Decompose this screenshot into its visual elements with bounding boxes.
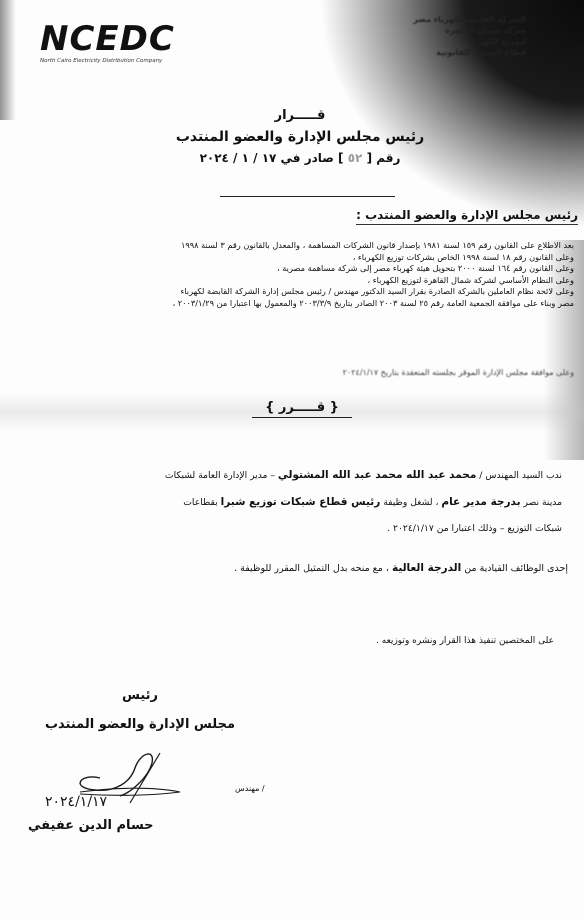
body-text: بقطاعات	[183, 497, 217, 508]
paragraph-grade: إحدى الوظائف القيادية من الدرجة العالية …	[234, 562, 568, 574]
preamble-line: بعد الاطلاع على القانون رقم ١٥٩ لسنة ١٩٨…	[14, 240, 574, 252]
letterhead-line: لتوزيع الكهرباء	[413, 36, 526, 47]
assigned-position: رئيس قطاع شبكات توزيع شبرا	[221, 496, 381, 508]
body-line-1: ندب السيد المهندس / محمد عبد الله محمد ع…	[22, 462, 562, 489]
preamble-line: وعلى القانون رقم ١٦٤ لسنة ٢٠٠٠ بتحويل هي…	[14, 263, 574, 275]
number-prefix: رقم [	[367, 151, 401, 165]
letterhead-line: الشركة القابضة لكهرباء مصر	[413, 14, 526, 25]
engineer-label: مهندس /	[235, 784, 265, 793]
decree-number: ٥٢	[348, 151, 363, 165]
signatory-title: رئيس	[30, 688, 250, 703]
employee-grade: بدرجة مدير عام	[441, 496, 520, 508]
decree-date: ١٧ / ١ / ٢٠٢٤	[200, 151, 277, 165]
letterhead-right: الشركة القابضة لكهرباء مصر شركة شمال الق…	[413, 14, 526, 58]
body-text: – مدير الإدارة العامة لشبكات	[165, 470, 275, 481]
title-issuer: رئيس مجلس الإدارة والعضو المنتدب	[150, 129, 450, 145]
company-logo: NCEDC North Cairo Electricity Distributi…	[40, 22, 175, 64]
preamble-line: وعلى القانون رقم ١٨ لسنة ١٩٩٨ الخاص بشرك…	[14, 252, 574, 264]
grade-level: الدرجة العالية	[392, 562, 461, 574]
body-text: ندب السيد المهندس /	[479, 470, 562, 481]
letterhead-line: قطاع الشئون القانونية	[413, 47, 526, 58]
decision-body: ندب السيد المهندس / محمد عبد الله محمد ع…	[22, 462, 562, 542]
number-suffix: ] صادر في	[281, 151, 344, 165]
body-line-2: مدينة نصر بدرجة مدير عام ، لشغل وظيفة رئ…	[22, 489, 562, 516]
title-number-date: رقم [ ٥٢ ] صادر في ١٧ / ١ / ٢٠٢٤	[150, 151, 450, 165]
logo-mark: NCEDC	[40, 22, 175, 56]
body-line-3: شبكات التوزيع – وذلك اعتبارا من ٢٠٢٤/١/١…	[22, 516, 562, 542]
decision-heading: { قـــــرر }	[252, 400, 352, 418]
employee-name: محمد عبد الله محمد عبد الله المشتولي	[278, 469, 476, 481]
signature-block: رئيس مجلس الإدارة والعضو المنتدب	[30, 688, 250, 732]
title-decree: قـــــرار	[150, 108, 450, 123]
preamble-line: وعلى لائحة نظام العاملين بالشركة الصادرة…	[14, 286, 574, 298]
signatory-name: حسام الدين عفيفي	[28, 818, 154, 833]
page-shadow-left	[0, 0, 16, 120]
preamble: بعد الاطلاع على القانون رقم ١٥٩ لسنة ١٩٨…	[14, 240, 574, 309]
signatory-title-2: مجلس الإدارة والعضو المنتدب	[30, 717, 250, 732]
approval-line: وعلى موافقة مجلس الإدارة الموقر بجلسته ا…	[343, 368, 574, 377]
body-text: ، مع منحه بدل التمثيل المقرر للوظيفة .	[234, 563, 389, 574]
handwritten-date: ٢٠٢٤/١/١٧	[45, 794, 107, 810]
title-underline	[220, 196, 395, 197]
letterhead-line: شركة شمال القاهرة	[413, 25, 526, 36]
logo-subtitle: North Cairo Electricity Distribution Com…	[40, 58, 175, 64]
body-text: ، لشغل وظيفة	[383, 497, 438, 508]
body-text: مدينة نصر	[523, 497, 562, 508]
body-text: إحدى الوظائف القيادية من	[464, 563, 568, 574]
document-page: NCEDC North Cairo Electricity Distributi…	[0, 0, 584, 920]
preamble-line: وعلى النظام الأساسي لشركة شمال القاهرة ل…	[14, 275, 574, 287]
board-heading: رئيس مجلس الإدارة والعضو المنتدب :	[356, 208, 578, 225]
decree-title: قـــــرار رئيس مجلس الإدارة والعضو المنت…	[150, 108, 450, 165]
paragraph-execution: على المختصين تنفيذ هذا القرار ونشره وتوز…	[376, 636, 554, 646]
preamble-line: مصر وبناء على موافقة الجمعية العامة رقم …	[14, 298, 574, 310]
